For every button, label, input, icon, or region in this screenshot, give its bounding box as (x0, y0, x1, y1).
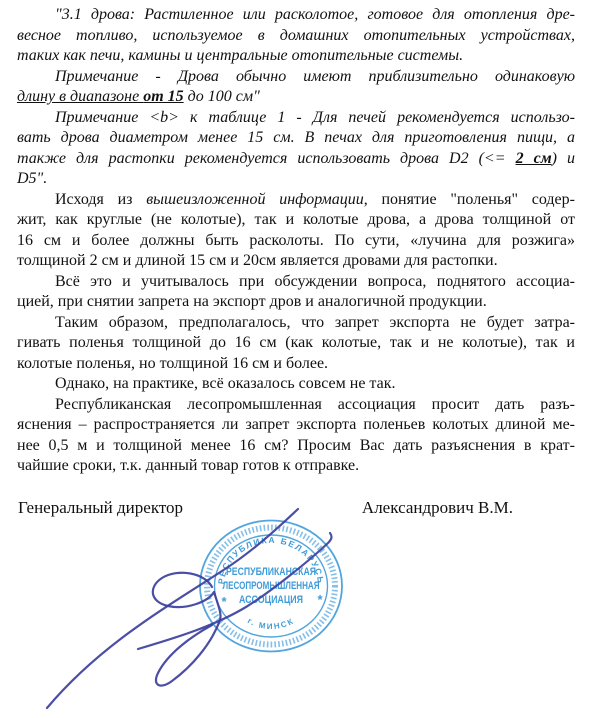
text-line: таких как печи, камины и центральные ото… (17, 46, 575, 67)
italic-text: вышеизложенной информации (146, 191, 363, 208)
stamp-star-left: * (221, 594, 227, 609)
text-line: также для растопки рекомендуется использ… (17, 149, 575, 170)
text-line: Примечание <b> к таблице 1 - Для печей р… (17, 108, 575, 129)
official-stamp: РЕСПУБЛИКА БЕЛАРУСЬ РЕСПУБЛИКАНСКАЯ ЛЕСО… (200, 521, 342, 652)
text-line: нее 0,5 м и толщиной менее 16 см? Просим… (17, 436, 575, 457)
text-line: гивать поленья толщиной до 16 см (как ко… (17, 333, 575, 354)
text-line: яснения – распространяется ли запрет экс… (17, 415, 575, 436)
stamp-star-right: * (317, 592, 323, 607)
paragraph-however: Однако, на практике, всё оказалось совсе… (17, 374, 575, 395)
bold-underlined-text: от 15 (143, 88, 183, 105)
text-segment: , понятие "поленья" содер- (364, 191, 575, 208)
text-line: чайшие сроки, т.к. данный товар готов к … (17, 456, 575, 477)
paragraph-assumption: Таким образом, предполагалось, что запре… (17, 313, 575, 375)
text-line: жит, как круглые (не колотые), так и кол… (17, 210, 575, 231)
paragraph-note-length: Примечание - Дрова обычно имеют приблизи… (17, 67, 575, 108)
text-line: вать дрова диаметром менее 15 см. В печа… (17, 128, 575, 149)
text-segment: ) и (552, 150, 575, 167)
text-segment: также для растопки рекомендуется использ… (17, 150, 516, 167)
bold-underlined-text: 2 см (516, 150, 552, 167)
paragraph-quote-definition: "3.1 дрова: Растиленное или расколотое, … (17, 5, 575, 67)
text-line: цией, при снятии запрета на экспорт дров… (17, 292, 575, 313)
text-line: Всё это и учитывалось при обсуждении воп… (17, 272, 575, 293)
document-page: "3.1 дрова: Растиленное или расколотое, … (0, 0, 591, 718)
letter-body: "3.1 дрова: Растиленное или расколотое, … (17, 5, 575, 477)
text-line: 16 см и более должны быть расколоты. По … (17, 231, 575, 252)
text-line: Однако, на практике, всё оказалось совсе… (17, 374, 575, 395)
stamp-arc-bottom-text: г. МИНСК (246, 616, 296, 631)
text-line: колотые поленья, но толщиной 16 см и бол… (17, 354, 575, 375)
text-line: Исходя из вышеизложенной информации, пон… (17, 190, 575, 211)
paragraph-conclusion: Исходя из вышеизложенной информации, пон… (17, 190, 575, 272)
text-line: Таким образом, предполагалось, что запре… (17, 313, 575, 334)
text-segment: Исходя из (55, 191, 146, 208)
text-segment: до 100 см" (184, 88, 260, 105)
text-line: Примечание - Дрова обычно имеют приблизи… (17, 67, 575, 88)
underlined-text: длину в диапазоне (17, 88, 143, 105)
paragraph-note-table: Примечание <b> к таблице 1 - Для печей р… (17, 108, 575, 190)
stamp-and-signature-overlay: РЕСПУБЛИКА БЕЛАРУСЬ РЕСПУБЛИКАНСКАЯ ЛЕСО… (0, 495, 591, 718)
text-line: длину в диапазоне от 15 до 100 см" (17, 87, 575, 108)
text-line: толщиной 2 см и длиной 15 см и 20см явля… (17, 251, 575, 272)
paragraph-request: Республиканская лесопромышленная ассоциа… (17, 395, 575, 477)
text-line: D5". (17, 169, 575, 190)
paragraph-discussion: Всё это и учитывалось при обсуждении воп… (17, 272, 575, 313)
text-line: весное топливо, используемое в домашних … (17, 26, 575, 47)
stamp-center-line1: РЕСПУБЛИКАНСКАЯ (226, 566, 316, 578)
text-line: Республиканская лесопромышленная ассоциа… (17, 395, 575, 416)
signature-stroke-loops (153, 573, 221, 686)
text-line: "3.1 дрова: Растиленное или расколотое, … (17, 5, 575, 26)
